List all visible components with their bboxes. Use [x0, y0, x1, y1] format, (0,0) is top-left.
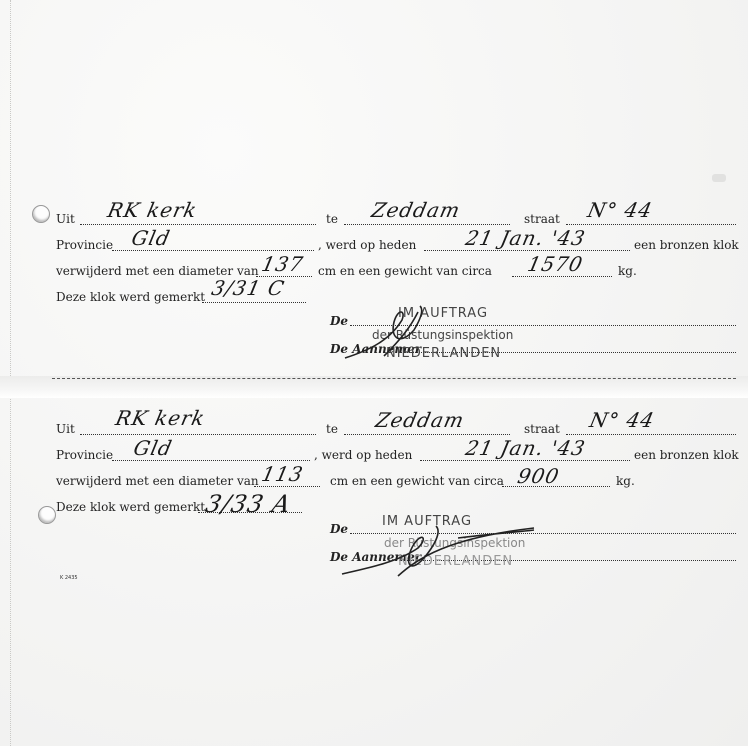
paper-sheet	[0, 0, 748, 746]
field-uit[interactable]: RK kerk	[113, 406, 207, 430]
field-datum-line	[420, 460, 630, 461]
field-provincie[interactable]: Gld	[131, 436, 174, 460]
cut-line	[52, 378, 736, 379]
field-te-line	[344, 224, 510, 225]
label-te: te	[326, 212, 338, 226]
field-gemerkt[interactable]: 3/33 A	[203, 490, 294, 518]
label-kg: kg.	[616, 474, 635, 488]
form-code: K 2435	[60, 575, 78, 581]
label-straat: straat	[524, 422, 560, 436]
signature-scribble	[340, 300, 460, 360]
smudge	[712, 174, 726, 182]
label-werd-op-heden: , werd op heden	[318, 238, 416, 252]
label-verwijderd: verwijderd met een diameter van	[56, 474, 259, 488]
field-straat[interactable]: N° 44	[587, 408, 656, 432]
field-uit[interactable]: RK kerk	[105, 198, 199, 222]
field-gemerkt[interactable]: 3/31 C	[209, 276, 287, 300]
field-diameter[interactable]: 113	[259, 462, 305, 486]
label-straat: straat	[524, 212, 560, 226]
field-datum-line	[424, 250, 630, 251]
field-provincie[interactable]: Gld	[129, 226, 172, 250]
field-uit-line	[80, 434, 316, 435]
field-diameter-line	[254, 486, 320, 487]
label-werd-op-heden: , werd op heden	[314, 448, 412, 462]
field-straat-line	[566, 434, 736, 435]
field-datum[interactable]: 21 Jan. '43	[463, 436, 587, 460]
field-uit-line	[80, 224, 316, 225]
field-provincie-line	[112, 460, 310, 461]
label-kg: kg.	[618, 264, 637, 278]
field-te-line	[344, 434, 510, 435]
paper-fold	[0, 376, 748, 398]
label-provincie: Provincie	[56, 238, 113, 252]
field-diameter[interactable]: 137	[259, 252, 305, 276]
label-te: te	[326, 422, 338, 436]
field-straat-line	[566, 224, 736, 225]
label-gemerkt: Deze klok werd gemerkt	[56, 290, 205, 304]
punch-hole	[32, 205, 50, 223]
label-provincie: Provincie	[56, 448, 113, 462]
field-provincie-line	[112, 250, 314, 251]
label-uit: Uit	[56, 212, 75, 226]
label-bronzen-klok: een bronzen klok	[634, 448, 739, 462]
field-gewicht-line	[512, 276, 612, 277]
label-uit: Uit	[56, 422, 75, 436]
field-gewicht[interactable]: 1570	[525, 252, 585, 276]
field-te[interactable]: Zeddam	[373, 408, 466, 432]
field-gewicht[interactable]: 900	[515, 464, 561, 488]
label-gemerkt: Deze klok werd gemerkt	[56, 500, 205, 514]
field-straat[interactable]: N° 44	[585, 198, 654, 222]
punch-hole	[38, 506, 56, 524]
field-gemerkt-line	[202, 302, 306, 303]
label-gewicht: cm en een gewicht van circa	[318, 264, 492, 278]
perforated-edge	[0, 0, 11, 746]
field-te[interactable]: Zeddam	[369, 198, 462, 222]
field-datum[interactable]: 21 Jan. '43	[463, 226, 587, 250]
signature-scribble	[338, 518, 538, 578]
label-bronzen-klok: een bronzen klok	[634, 238, 739, 252]
label-gewicht: cm en een gewicht van circa	[330, 474, 504, 488]
